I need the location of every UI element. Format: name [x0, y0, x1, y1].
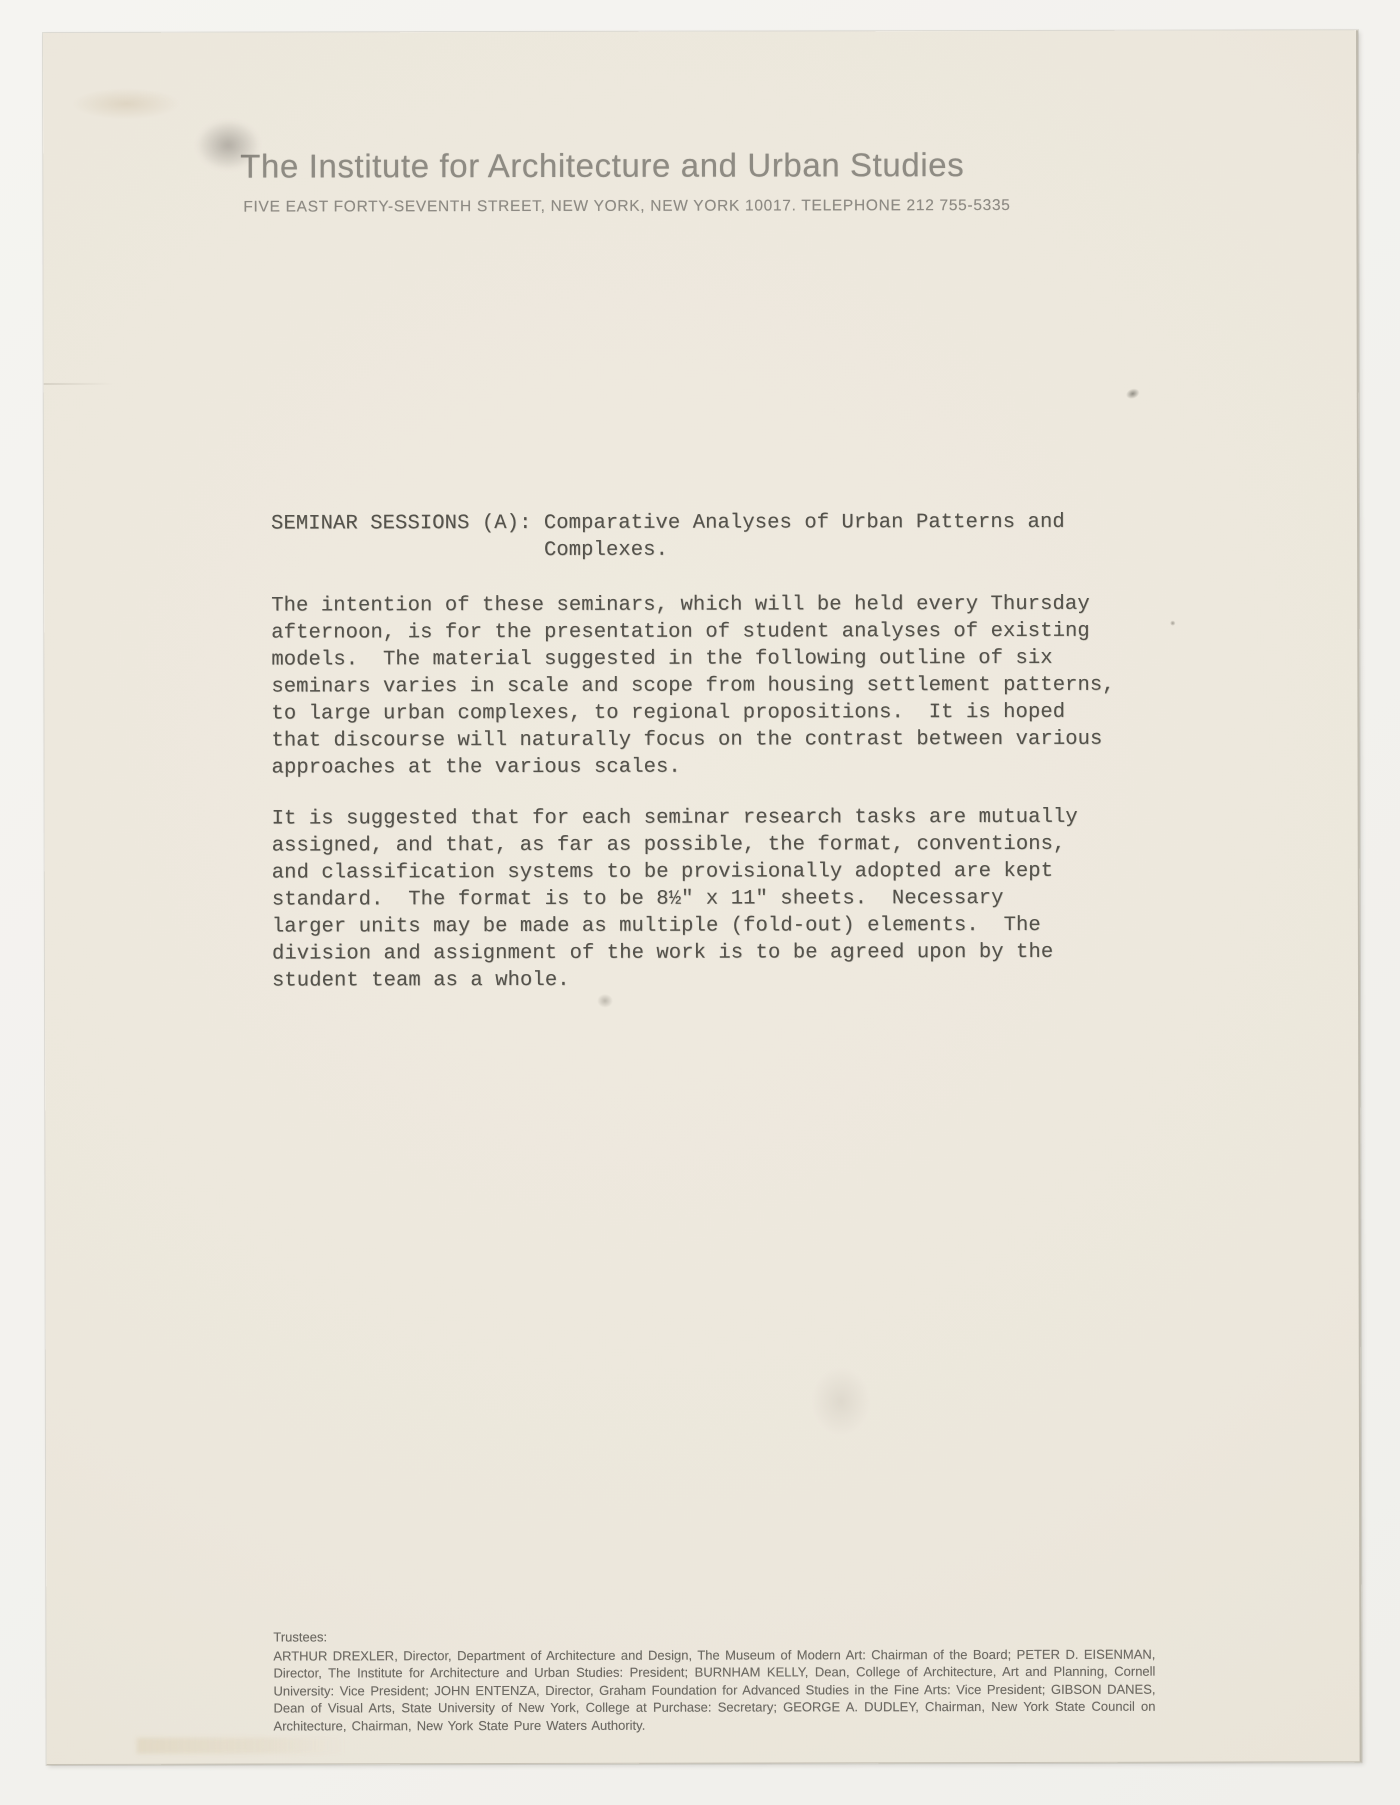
letter-page: The Institute for Architecture and Urban… — [43, 30, 1362, 1765]
body-paragraph-2: It is suggested that for each seminar re… — [272, 804, 1202, 995]
trustees-footer: Trustees: ARTHUR DREXLER, Director, Depa… — [273, 1627, 1155, 1735]
trustees-list: ARTHUR DREXLER, Director, Department of … — [273, 1645, 1155, 1734]
letterhead: The Institute for Architecture and Urban… — [240, 146, 1140, 217]
document-heading: SEMINAR SESSIONS (A): Comparative Analys… — [271, 509, 1191, 565]
scanned-document: The Institute for Architecture and Urban… — [0, 0, 1400, 1805]
organization-name: The Institute for Architecture and Urban… — [240, 146, 1140, 186]
small-smudge — [597, 994, 613, 1008]
ink-bleed-through — [137, 1737, 347, 1753]
paper-stain — [71, 88, 181, 120]
pencil-mark — [1124, 387, 1141, 401]
fold-line — [44, 383, 114, 385]
organization-address: FIVE EAST FORTY-SEVENTH STREET, NEW YORK… — [243, 197, 1140, 217]
trustees-label: Trustees: — [273, 1627, 1155, 1646]
fingerprint-smudge — [811, 1366, 871, 1436]
body-paragraph-1: The intention of these seminars, which w… — [271, 591, 1201, 782]
